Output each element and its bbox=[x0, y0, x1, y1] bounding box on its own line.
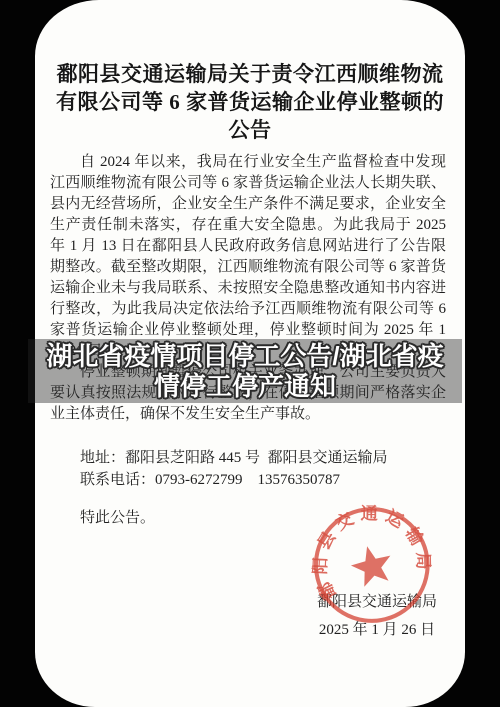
star-icon bbox=[347, 541, 396, 588]
notice-body: 自 2024 年以来，我局在行业安全生产监督检查中发现江西顺维物流有限公司等 6… bbox=[50, 152, 446, 425]
title-line-2: 有限公司等 6 家普货运输企业停业整顿的 bbox=[35, 88, 465, 116]
notice-title: 鄱阳县交通运输局关于责令江西顺维物流 有限公司等 6 家普货运输企业停业整顿的 … bbox=[35, 60, 465, 144]
title-line-1: 鄱阳县交通运输局关于责令江西顺维物流 bbox=[35, 60, 465, 88]
photo-background: 鄱阳县交通运输局关于责令江西顺维物流 有限公司等 6 家普货运输企业停业整顿的 … bbox=[0, 0, 500, 707]
title-line-3: 公告 bbox=[35, 116, 465, 144]
document-page: 鄱阳县交通运输局关于责令江西顺维物流 有限公司等 6 家普货运输企业停业整顿的 … bbox=[35, 0, 465, 707]
body-paragraph-1: 自 2024 年以来，我局在行业安全生产监督检查中发现江西顺维物流有限公司等 6… bbox=[50, 152, 446, 362]
address-line: 地址：鄱阳县芝阳路 445 号 鄱阳县交通运输局 bbox=[50, 448, 446, 469]
body-paragraph-2: 停业整顿期间暂停公司相关业务办理，公司主要负责人要认真按照法规要求进行整改，在停… bbox=[50, 362, 446, 425]
phone-line: 联系电话：0793-6272799 13576350787 bbox=[50, 470, 446, 491]
